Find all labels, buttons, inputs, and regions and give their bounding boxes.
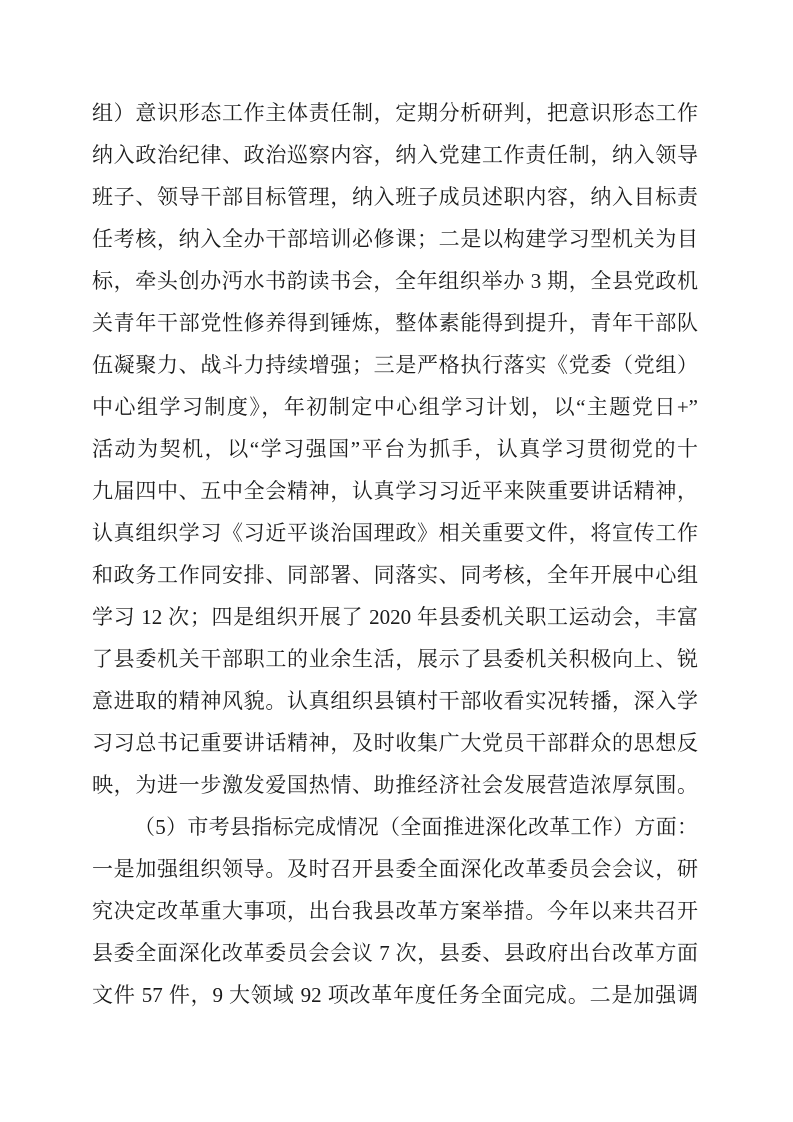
text-line: 一是加强组织领导。及时召开县委全面深化改革委员会会议，研: [92, 848, 698, 890]
text-line: 伍凝聚力、战斗力持续增强；三是严格执行落实《党委（党组）: [92, 344, 698, 386]
text-line: 纳入政治纪律、政治巡察内容，纳入党建工作责任制，纳入领导: [92, 134, 698, 176]
text-line: 班子、领导干部目标管理，纳入班子成员述职内容，纳入目标责: [92, 176, 698, 218]
text-line: 活动为契机，以“学习强国”平台为抓手，认真学习贯彻党的十: [92, 428, 698, 470]
text-line: 县委全面深化改革委员会会议 7 次，县委、县政府出台改革方面: [92, 932, 698, 974]
document-page: 组）意识形态工作主体责任制，定期分析研判，把意识形态工作纳入政治纪律、政治巡察内…: [0, 0, 793, 1122]
text-line: 映，为进一步激发爱国热情、助推经济社会发展营造浓厚氛围。: [92, 764, 698, 806]
text-line: 意进取的精神风貌。认真组织县镇村干部收看实况转播，深入学: [92, 680, 698, 722]
paragraph: 组）意识形态工作主体责任制，定期分析研判，把意识形态工作纳入政治纪律、政治巡察内…: [92, 92, 698, 806]
text-line: 标，牵头创办沔水书韵读书会，全年组织举办 3 期，全县党政机: [92, 260, 698, 302]
text-line: 九届四中、五中全会精神，认真学习习近平来陕重要讲话精神，: [92, 470, 698, 512]
text-line: 认真组织学习《习近平谈治国理政》相关重要文件，将宣传工作: [92, 512, 698, 554]
text-line: 中心组学习制度》，年初制定中心组学习计划，以“主题党日+”: [92, 386, 698, 428]
text-line: 学习 12 次；四是组织开展了 2020 年县委机关职工运动会，丰富: [92, 596, 698, 638]
document-body: 组）意识形态工作主体责任制，定期分析研判，把意识形态工作纳入政治纪律、政治巡察内…: [92, 92, 698, 1016]
text-line: 习习总书记重要讲话精神，及时收集广大党员干部群众的思想反: [92, 722, 698, 764]
text-line: 任考核，纳入全办干部培训必修课；二是以构建学习型机关为目: [92, 218, 698, 260]
text-line: 究决定改革重大事项，出台我县改革方案举措。今年以来共召开: [92, 890, 698, 932]
text-line: 关青年干部党性修养得到锤炼，整体素能得到提升，青年干部队: [92, 302, 698, 344]
text-line: 组）意识形态工作主体责任制，定期分析研判，把意识形态工作: [92, 92, 698, 134]
paragraph: （5）市考县指标完成情况（全面推进深化改革工作）方面：一是加强组织领导。及时召开…: [92, 806, 698, 1016]
text-line: 和政务工作同安排、同部署、同落实、同考核，全年开展中心组: [92, 554, 698, 596]
text-line: 文件 57 件，9 大领域 92 项改革年度任务全面完成。二是加强调: [92, 974, 698, 1016]
text-line: 了县委机关干部职工的业余生活，展示了县委机关积极向上、锐: [92, 638, 698, 680]
text-line: （5）市考县指标完成情况（全面推进深化改革工作）方面：: [92, 806, 698, 848]
